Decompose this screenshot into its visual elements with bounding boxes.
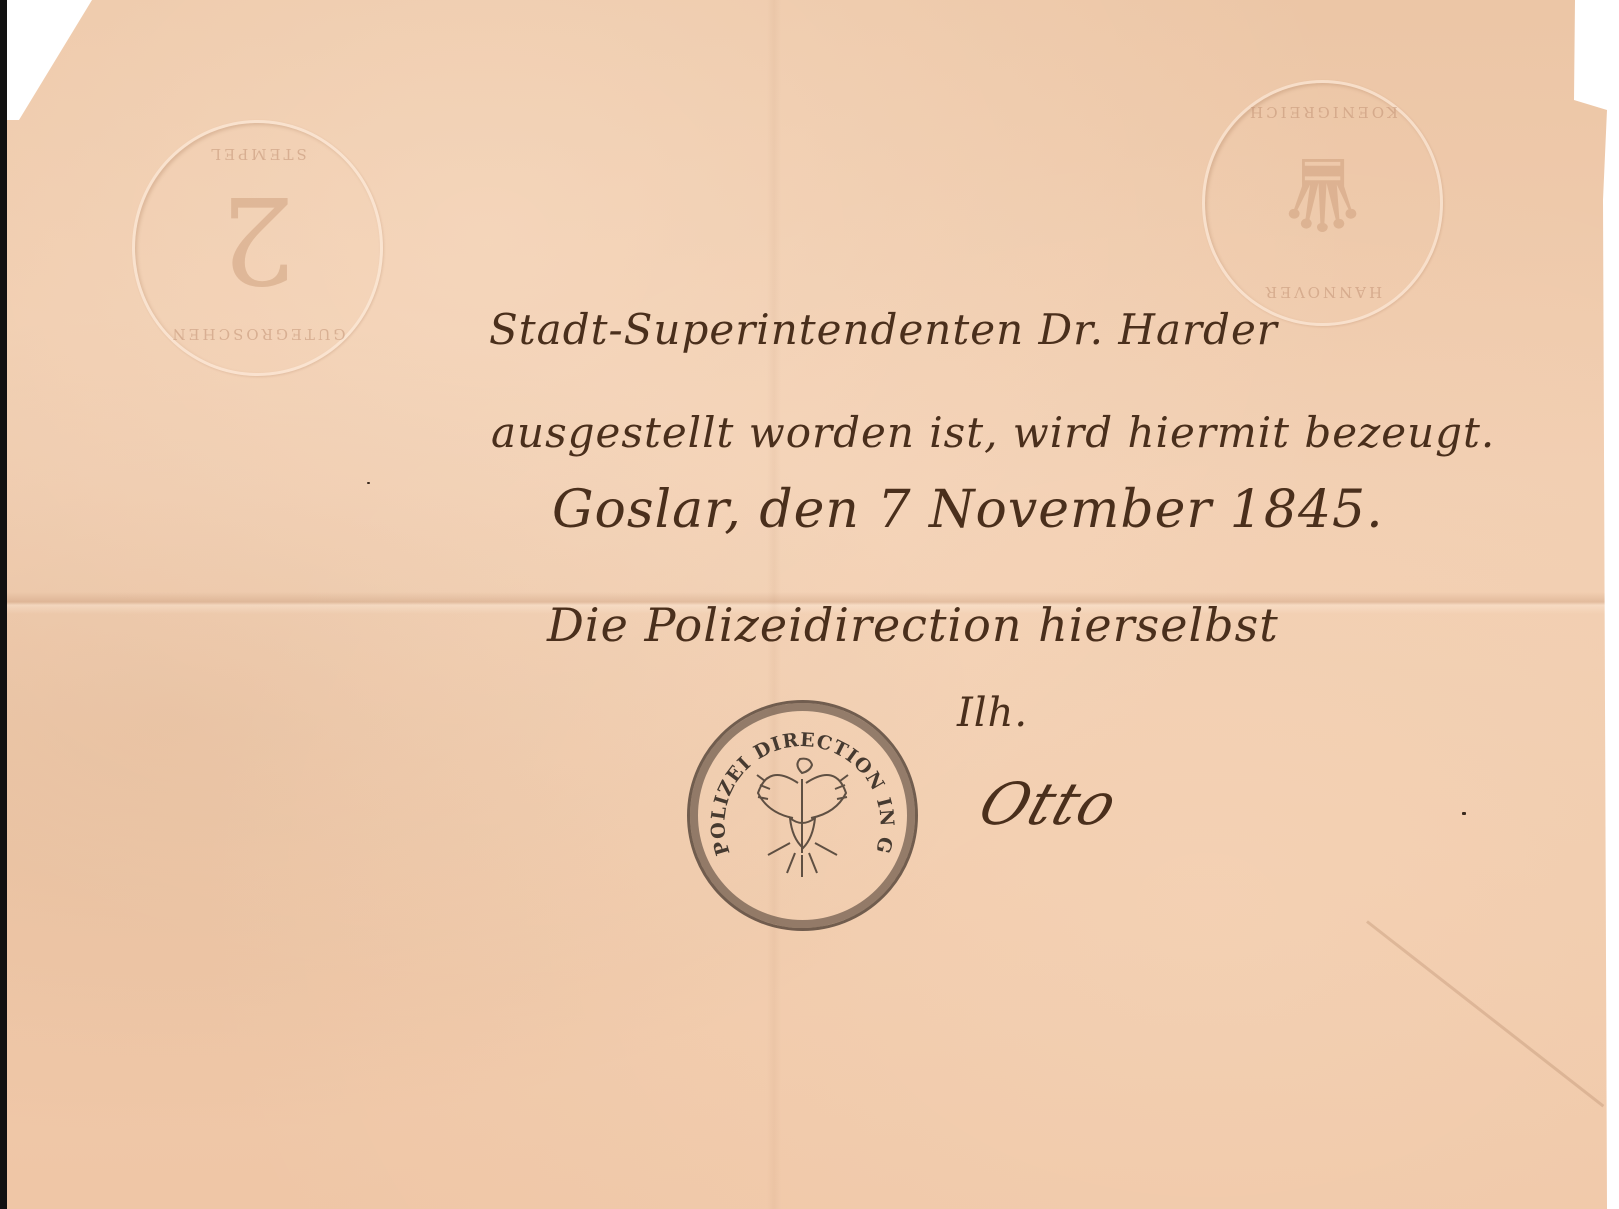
ink-speck [1462, 812, 1466, 815]
eagle-icon: POLIZEI DIRECTION IN GOSLAR [690, 703, 915, 928]
police-direction-stamp: POLIZEI DIRECTION IN GOSLAR [687, 700, 918, 931]
emboss-right-ring-bottom: HANNOVER [1205, 283, 1440, 301]
embossed-royal-seal-right: KOENIGREICH ♛ HANNOVER [1202, 80, 1443, 326]
handwritten-authority-line: Die Polizeidirection hierselbst [547, 598, 1279, 652]
crown-icon: ♛ [1205, 143, 1440, 243]
emboss-left-ring-bottom: GUTEGROSCHEN [135, 325, 380, 343]
signature: Otto [971, 770, 1126, 838]
handwritten-line-1: Stadt-Superintendenten Dr. Harder [489, 305, 1278, 354]
corner-crease [1366, 920, 1604, 1107]
scan-edge [0, 0, 7, 1209]
handwritten-line-2: ausgestellt worden ist, wird hiermit bez… [491, 408, 1495, 457]
handwritten-abbrev: Ilh. [957, 690, 1028, 736]
emboss-right-ring-top: KOENIGREICH [1205, 103, 1440, 121]
embossed-revenue-stamp-left: STEMPEL 2 GUTEGROSCHEN [132, 120, 383, 376]
ink-speck [367, 482, 370, 484]
handwritten-date-line: Goslar, den 7 November 1845. [552, 480, 1384, 540]
emboss-left-center-glyph: 2 [135, 178, 380, 298]
emboss-left-ring-top: STEMPEL [135, 145, 380, 163]
document-paper: STEMPEL 2 GUTEGROSCHEN KOENIGREICH ♛ HAN… [7, 0, 1607, 1209]
